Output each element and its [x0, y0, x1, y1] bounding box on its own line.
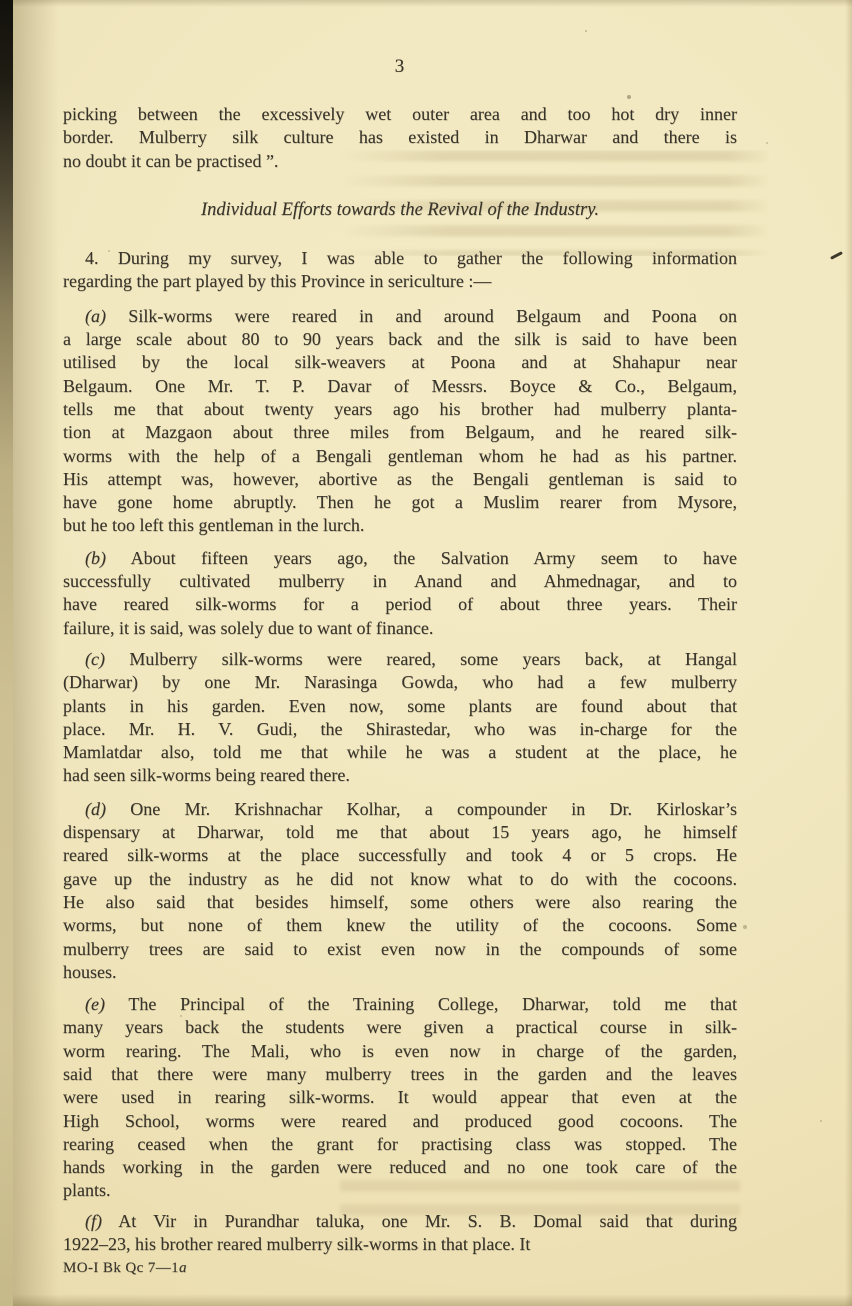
text-line: have gone home abruptly. Then he got a M…: [63, 491, 737, 514]
scan-shadow-bottom: [0, 1294, 852, 1306]
paragraph-label: (b): [85, 548, 106, 568]
text-line: mulberry trees are said to exist even no…: [63, 938, 737, 961]
text-line: gave up the industry as he did not know …: [63, 868, 737, 891]
text-line: plants.: [63, 1179, 737, 1202]
text-line: (c) Mulberry silk-worms were reared, som…: [63, 648, 737, 671]
text-line: (Dharwar) by one Mr. Narasinga Gowda, wh…: [63, 671, 737, 694]
item-b: (b) About fifteen years ago, the Salvati…: [63, 547, 737, 640]
text-line: regarding the part played by this Provin…: [63, 270, 737, 293]
text-line: tion at Mazgaon about three miles from B…: [63, 421, 737, 444]
text-line: worms, but none of them knew the utility…: [63, 914, 737, 937]
text-line: worms with the help of a Bengali gentlem…: [63, 445, 737, 468]
item-a: (a) Silk-worms were reared in and around…: [63, 305, 737, 538]
text-line: but he too left this gentleman in the lu…: [63, 514, 737, 537]
text-line: border. Mulberry silk culture has existe…: [63, 126, 737, 149]
text-line: were used in rearing silk-worms. It woul…: [63, 1086, 737, 1109]
text-line: 1922–23, his brother reared mulberry sil…: [63, 1233, 737, 1256]
text-line: a large scale about 80 to 90 years back …: [63, 328, 737, 351]
paragraph-label: 4.: [85, 248, 99, 268]
text-line: (f) At Vir in Purandhar taluka, one Mr. …: [63, 1210, 737, 1233]
text-line: said that there were many mulberry trees…: [63, 1063, 737, 1086]
text-line: picking between the excessively wet oute…: [63, 103, 737, 126]
paragraph-label: (c): [85, 649, 105, 669]
text-line: (d) One Mr. Krishnachar Kolhar, a compou…: [63, 798, 737, 821]
text-line: plants in his garden. Even now, some pla…: [63, 695, 737, 718]
text-line: houses.: [63, 961, 737, 984]
text-line: place. Mr. H. V. Gudi, the Shirastedar, …: [63, 718, 737, 741]
text-line: Mamlatdar also, told me that while he wa…: [63, 741, 737, 764]
text-line: rearing ceased when the grant for practi…: [63, 1133, 737, 1156]
text-line: High School, worms were reared and produ…: [63, 1110, 737, 1133]
paragraph-label: (e): [85, 994, 105, 1014]
text-line: no doubt it can be practised ”.: [63, 150, 737, 173]
text-line: (e) The Principal of the Training Colleg…: [63, 993, 737, 1016]
scanned-page: 3 picking between the excessively wet ou…: [0, 0, 852, 1306]
text-line: 4. During my survey, I was able to gathe…: [63, 247, 737, 270]
paragraph-label: (f): [85, 1211, 102, 1231]
text-line: failure, it is said, was solely due to w…: [63, 617, 737, 640]
item-c: (c) Mulberry silk-worms were reared, som…: [63, 648, 737, 788]
page-number: 3: [63, 54, 737, 80]
text-line: His attempt was, however, abortive as th…: [63, 468, 737, 491]
text-line: utilised by the local silk-weavers at Po…: [63, 351, 737, 374]
text-line: (a) Silk-worms were reared in and around…: [63, 305, 737, 328]
text-line: had seen silk-worms being reared there.: [63, 764, 737, 787]
text-line: He also said that besides himself, some …: [63, 891, 737, 914]
paragraph-label: (a): [85, 306, 106, 326]
text-column: 3 picking between the excessively wet ou…: [0, 0, 852, 1277]
text-line: successfully cultivated mulberry in Anan…: [63, 570, 737, 593]
text-line: worm rearing. The Mali, who is even now …: [63, 1040, 737, 1063]
printer-imprint: MO-I Bk Qc 7—1a: [63, 1260, 737, 1277]
item-d: (d) One Mr. Krishnachar Kolhar, a compou…: [63, 798, 737, 984]
para-4: 4. During my survey, I was able to gathe…: [63, 247, 737, 294]
body-paragraphs: 4. During my survey, I was able to gathe…: [63, 247, 737, 1256]
text-line: have reared silk-worms for a period of a…: [63, 593, 737, 616]
paragraph-label: (d): [85, 799, 106, 819]
section-heading: Individual Efforts towards the Revival o…: [63, 199, 737, 222]
item-e: (e) The Principal of the Training Colleg…: [63, 993, 737, 1203]
text-line: dispensary at Dharwar, told me that abou…: [63, 821, 737, 844]
text-line: (b) About fifteen years ago, the Salvati…: [63, 547, 737, 570]
item-f: (f) At Vir in Purandhar taluka, one Mr. …: [63, 1210, 737, 1257]
imprint-suffix: a: [179, 1260, 187, 1276]
imprint-text: MO-I Bk Qc 7—1: [63, 1260, 179, 1276]
text-line: tells me that about twenty years ago his…: [63, 398, 737, 421]
text-line: Belgaum. One Mr. T. P. Davar of Messrs. …: [63, 375, 737, 398]
intro-paragraph: picking between the excessively wet oute…: [63, 103, 737, 173]
text-line: hands working in the garden were reduced…: [63, 1156, 737, 1179]
text-line: many years back the students were given …: [63, 1016, 737, 1039]
text-line: reared silk-worms at the place successfu…: [63, 844, 737, 867]
